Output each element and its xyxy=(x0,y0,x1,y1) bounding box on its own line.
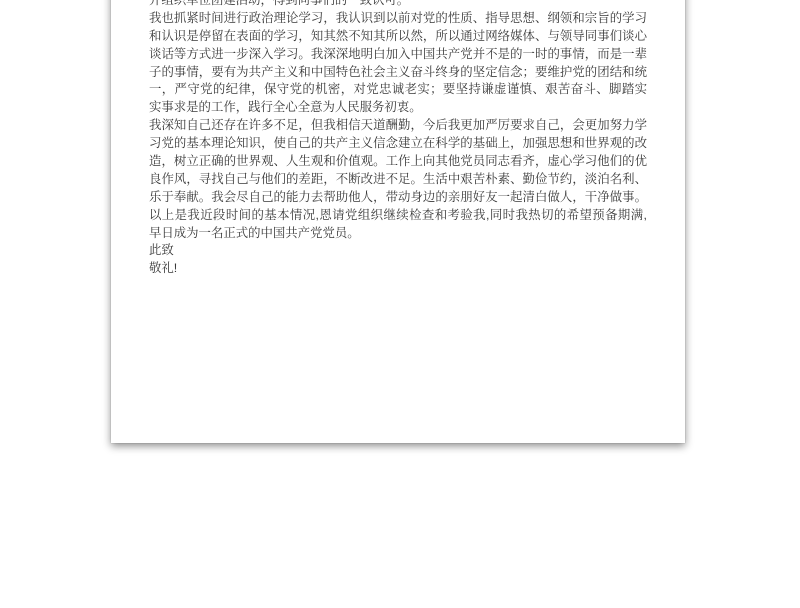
text-line: 我也抓紧时间进行政治理论学习，我认识到以前对党的性质、指导思想、纲领和宗旨的学习 xyxy=(149,10,647,28)
text-line: 我深知自己还存在许多不足，但我相信天道酬勤，今后我更加严厉要求自己，会更加努力学 xyxy=(149,117,647,135)
text-line: 造，树立正确的世界观、人生观和价值观。工作上向其他党员同志看齐，虚心学习他们的优 xyxy=(149,153,647,171)
text-line: 良作风，寻找自己与他们的差距，不断改进不足。生活中艰苦朴素、勤俭节约，淡泊名利、 xyxy=(149,171,647,189)
text-line: 乐于奉献。我会尽自己的能力去帮助他人，带动身边的亲朋好友一起清白做人，干净做事。 xyxy=(149,189,647,207)
text-line: 以上是我近段时间的基本情况,恩请党组织继续检查和考验我,同时我热切的希望预备期满… xyxy=(149,207,647,225)
text-line: 和认识是停留在表面的学习，知其然不知其所以然，所以通过网络媒体、与领导同事们谈心 xyxy=(149,28,647,46)
text-line: 谈话等方式进一步深入学习。我深深地明白加入中国共产党并不是的一时的事情，而是一辈 xyxy=(149,46,647,64)
document-viewer: 并组织单位团建活动，得到同事们的一致认可。我也抓紧时间进行政治理论学习，我认识到… xyxy=(0,0,800,608)
text-line: 实事求是的工作，践行全心全意为人民服务初衷。 xyxy=(149,99,647,117)
text-line: 习党的基本理论知识，使自己的共产主义信念建立在科学的基础上，加强思想和世界观的改 xyxy=(149,135,647,153)
text-line: 此致 xyxy=(149,242,647,260)
text-line: 早日成为一名正式的中国共产党党员。 xyxy=(149,225,647,243)
text-line: 并组织单位团建活动，得到同事们的一致认可。 xyxy=(149,0,647,10)
document-text: 并组织单位团建活动，得到同事们的一致认可。我也抓紧时间进行政治理论学习，我认识到… xyxy=(149,0,647,278)
document-page: 并组织单位团建活动，得到同事们的一致认可。我也抓紧时间进行政治理论学习，我认识到… xyxy=(111,0,685,443)
text-line: 一，严守党的纪律，保守党的机密，对党忠诚老实；要坚持谦虚谨慎、艰苦奋斗、脚踏实地… xyxy=(149,81,647,99)
text-line: 敬礼! xyxy=(149,260,647,278)
text-line: 子的事情，要有为共产主义和中国特色社会主义奋斗终身的坚定信念；要维护党的团结和统 xyxy=(149,64,647,82)
